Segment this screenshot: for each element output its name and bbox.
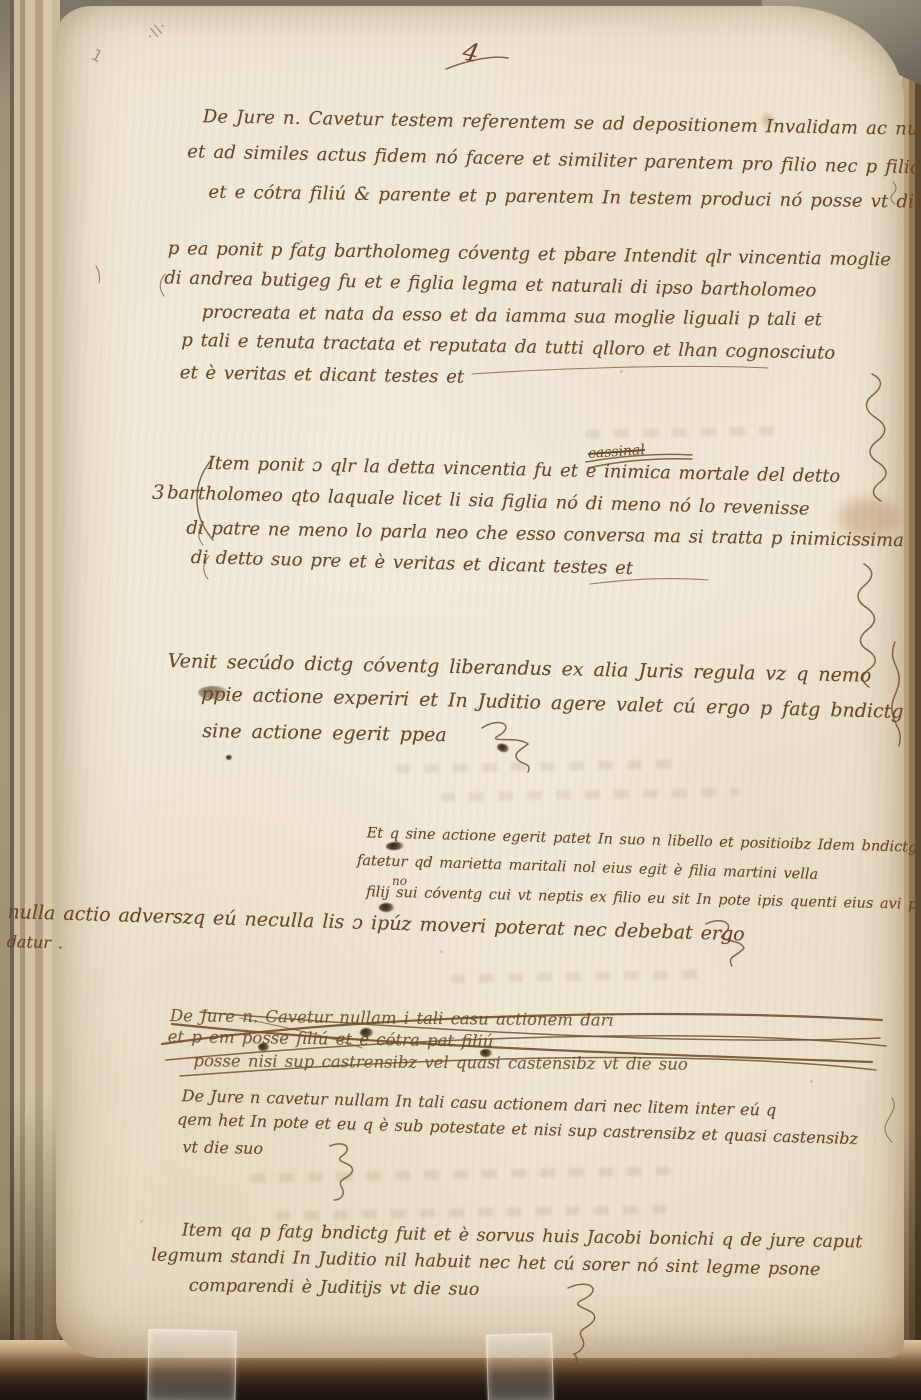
ink-blot	[258, 1043, 269, 1051]
manuscript-photo: ·ll· 1 4 3 cassinal no De Jure n. Cavetu…	[0, 0, 921, 1400]
ink-blot	[360, 1028, 373, 1037]
handwritten-line-struck: posse nisi sup castrensibz vel quasi cas…	[193, 1051, 688, 1076]
book-page-edges-left	[10, 0, 60, 1400]
paragraph-sine-actione: Et q sine actione egerit patet In suo n …	[6, 816, 919, 985]
conservation-tape	[147, 1329, 236, 1400]
ink-blot	[379, 903, 394, 912]
paragraph-de-jure-testem: De Jure n. Cavetur testem referentem se …	[186, 106, 921, 231]
paragraph-prima-positio: p ea ponit p fatg bartholomeg cóventg et…	[163, 238, 892, 404]
paragraph-cancelled-passage: De Jure n. Cavetur nullam i tali casu ac…	[157, 1006, 688, 1078]
paragraph-de-jure-nullam: De Jure n cavetur nullam In tali casu ac…	[176, 1086, 859, 1178]
ink-blot	[226, 755, 232, 760]
paragraph-item-inimica: Item ponit ɔ qlr la detta vincentia fu e…	[165, 452, 905, 595]
ink-blot	[480, 1049, 492, 1057]
conservation-tape	[486, 1333, 554, 1400]
margin-item-numeral: 3	[152, 480, 165, 504]
paragraph-item-sororius: Item qa p fatg bndictg fuit et è sorvus …	[151, 1220, 863, 1313]
interlinear-insertion: no	[392, 874, 407, 888]
paragraph-venit-secundo: Venit secúdo dictg cóventg liberandus ex…	[166, 650, 905, 767]
